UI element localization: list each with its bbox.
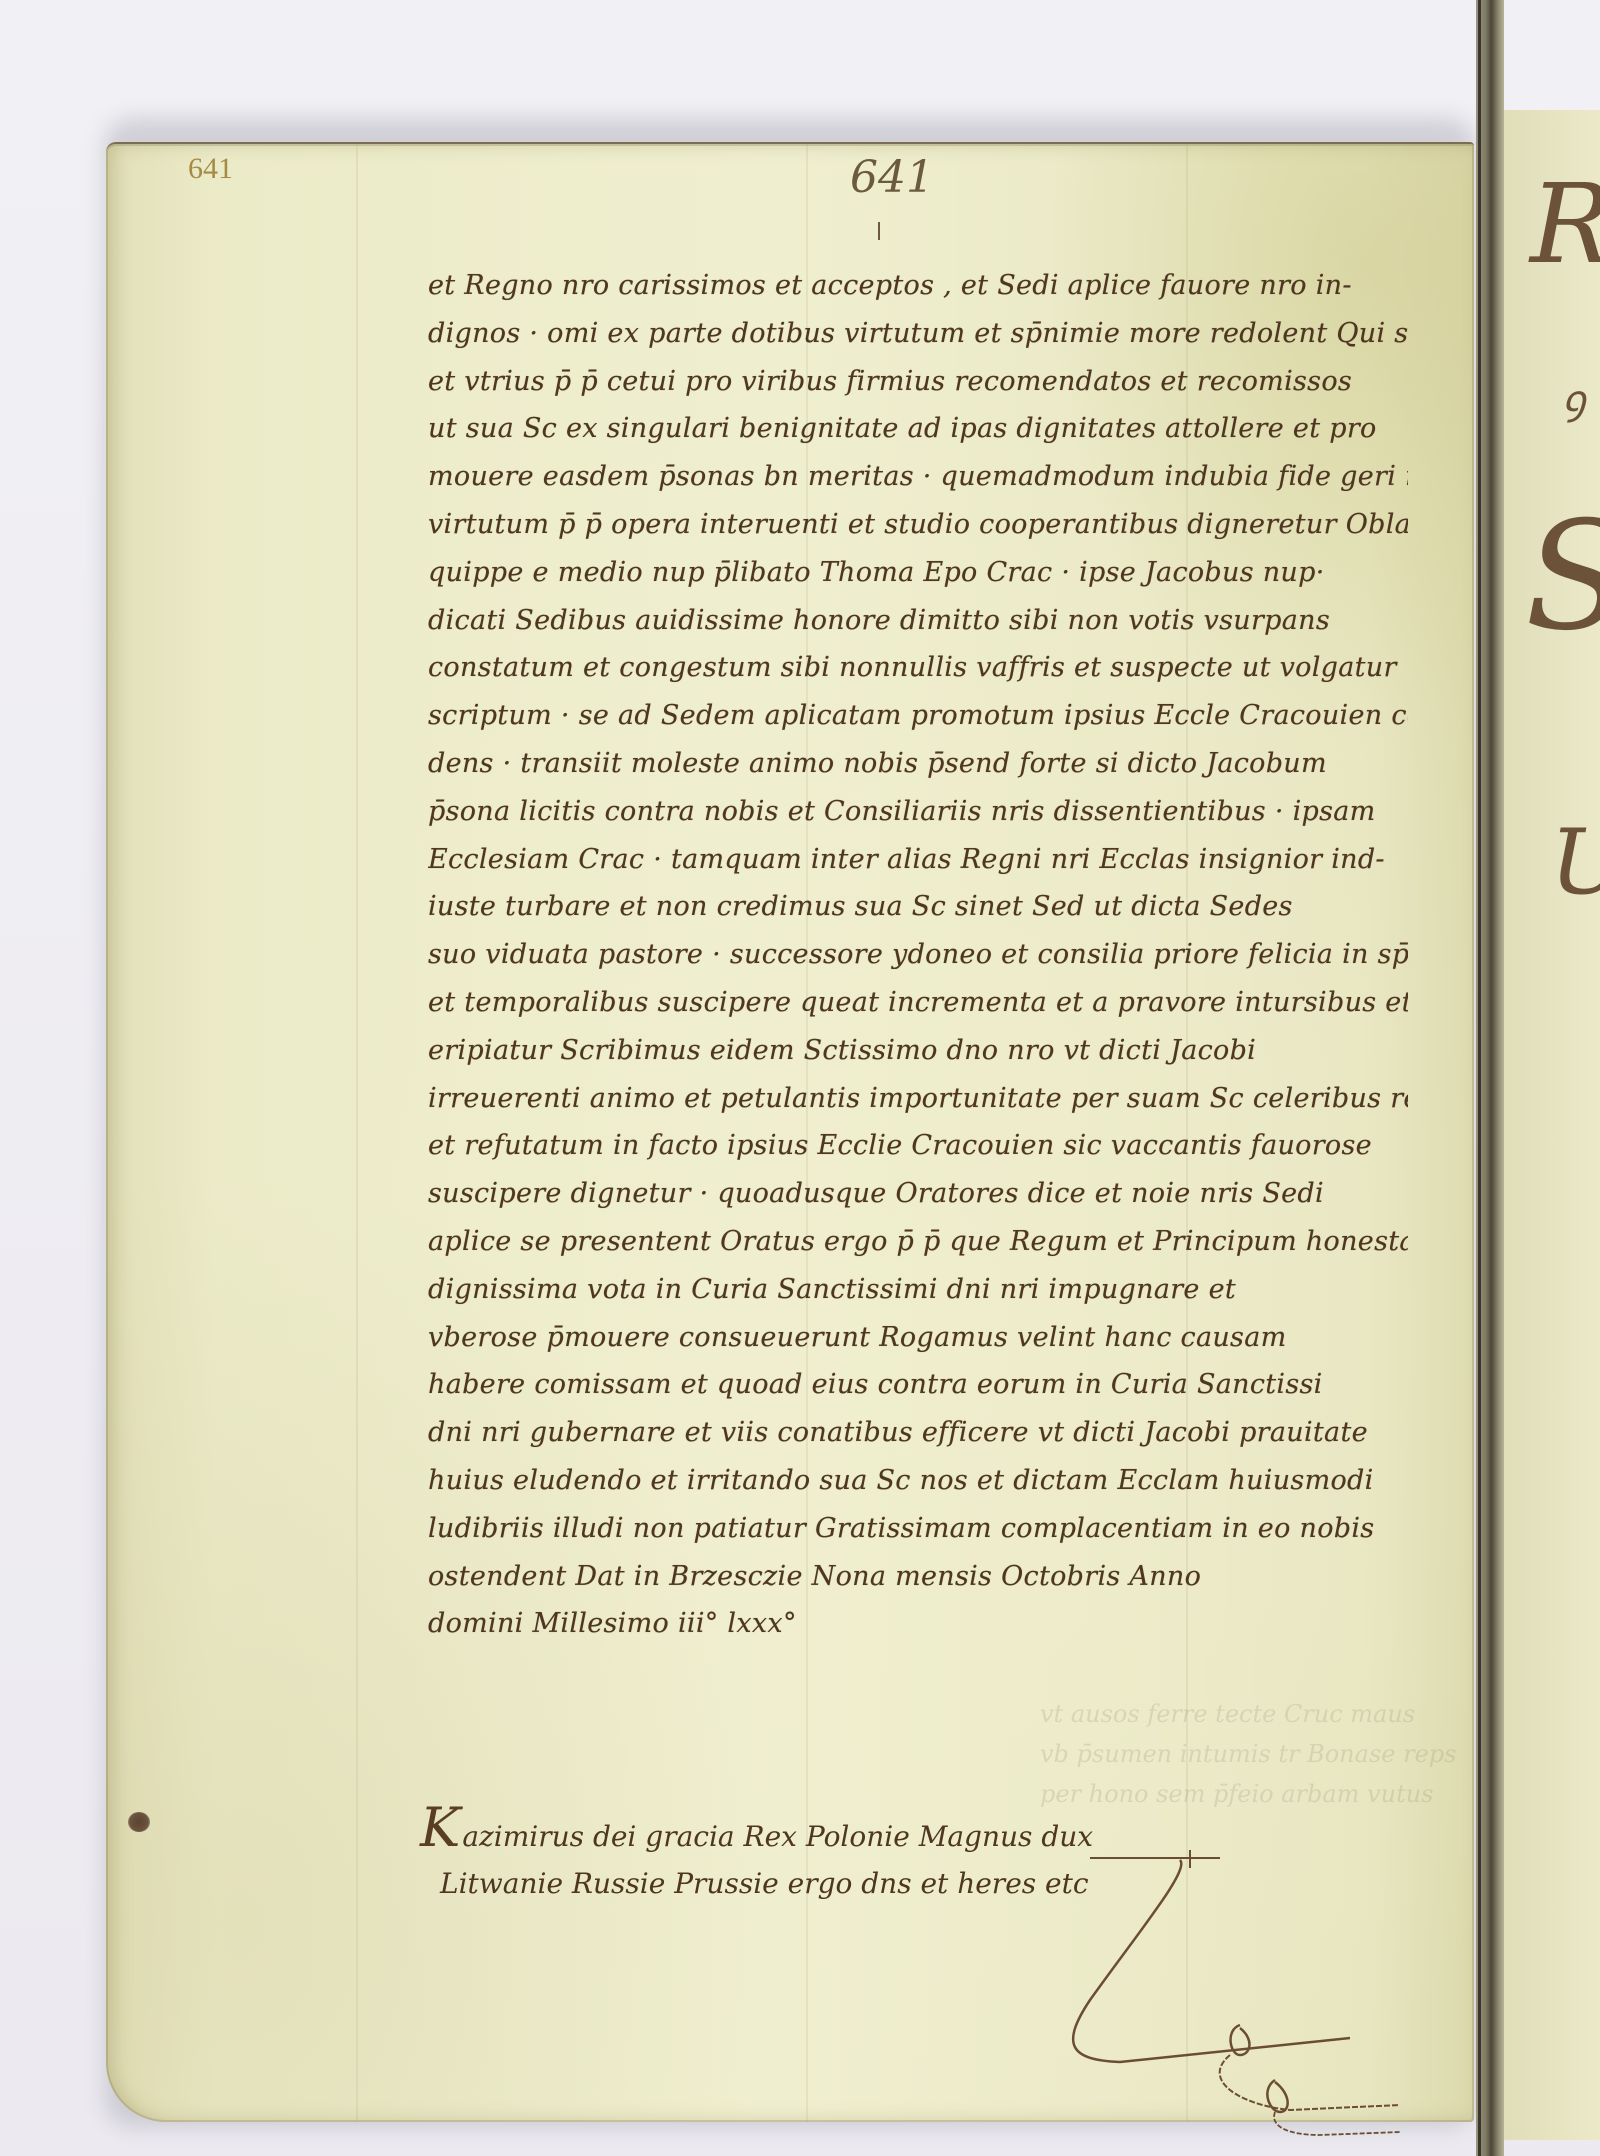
- text-line: irreuerenti animo et petulantis importun…: [428, 1075, 1408, 1123]
- signature-initial: K: [420, 1796, 460, 1859]
- facing-page: R ꝯ S U: [1500, 110, 1600, 2140]
- show-through-text: vt ausos ferre tecte Cruc maus: [1040, 1700, 1415, 1728]
- facing-page-initial: U: [1550, 810, 1600, 915]
- text-line: dignos · omi ex parte dotibus virtutum e…: [428, 310, 1408, 358]
- signature-text: azimirus dei gracia Rex Polonie Magnus d…: [462, 1820, 1093, 1853]
- letter-body: et Regno nro carissimos et acceptos , et…: [428, 262, 1408, 1648]
- text-line: et Regno nro carissimos et acceptos , et…: [428, 262, 1408, 310]
- fold-crease: [356, 144, 358, 2122]
- text-line: dni nri gubernare et viis conatibus effi…: [428, 1409, 1408, 1457]
- paraph-flourish-icon: [940, 1850, 1460, 2140]
- facing-page-glyph: ꝯ: [1562, 370, 1585, 425]
- text-line: dicati Sedibus auidissime honore dimitto…: [428, 597, 1408, 645]
- text-line: quippe e medio nup p̄libato Thoma Epo Cr…: [428, 549, 1408, 597]
- text-line: suo viduata pastore · successore ydoneo …: [428, 931, 1408, 979]
- text-line: constatum et congestum sibi nonnullis va…: [428, 644, 1408, 692]
- text-line: mouere easdem p̄sonas bn meritas · quema…: [428, 453, 1408, 501]
- folio-number: 641: [850, 152, 934, 203]
- text-line: vberose p̄mouere consueuerunt Rogamus ve…: [428, 1314, 1408, 1362]
- text-line: domini Millesimo iii° lxxx°: [428, 1600, 1408, 1648]
- folio-mark: [878, 222, 880, 240]
- signature-line-1: Kazimirus dei gracia Rex Polonie Magnus …: [420, 1800, 1320, 1856]
- text-line: dignissima vota in Curia Sanctissimi dni…: [428, 1266, 1408, 1314]
- text-line: virtutum p̄ p̄ opera interuenti et studi…: [428, 501, 1408, 549]
- show-through-text: vb p̄sumen intumis tr Bonase reps: [1040, 1740, 1456, 1768]
- facing-page-initial: R: [1530, 160, 1600, 288]
- text-line: ut sua Sc ex singulari benignitate ad ip…: [428, 405, 1408, 453]
- text-line: iuste turbare et non credimus sua Sc sin…: [428, 883, 1408, 931]
- binding-gutter-edge: [1478, 0, 1481, 2156]
- text-line: habere comissam et quoad eius contra eor…: [428, 1361, 1408, 1409]
- text-line: huius eludendo et irritando sua Sc nos e…: [428, 1457, 1408, 1505]
- text-line: et temporalibus suscipere queat incremen…: [428, 979, 1408, 1027]
- text-line: scriptum · se ad Sedem aplicatam promotu…: [428, 692, 1408, 740]
- text-line: et vtrius p̄ p̄ cetui pro viribus firmiu…: [428, 358, 1408, 406]
- pencil-foliation: 641: [188, 152, 233, 186]
- text-line: dens · transiit moleste animo nobis p̄se…: [428, 740, 1408, 788]
- facing-page-initial: S: [1525, 490, 1600, 664]
- text-line: eripiatur Scribimus eidem Sctissimo dno …: [428, 1027, 1408, 1075]
- text-line: p̄sona licitis contra nobis et Consiliar…: [428, 788, 1408, 836]
- text-line: Ecclesiam Crac · tamquam inter alias Reg…: [428, 836, 1408, 884]
- ink-blot: [128, 1812, 150, 1832]
- text-line: aplice se presentent Oratus ergo p̄ p̄ q…: [428, 1218, 1408, 1266]
- text-line: et refutatum in facto ipsius Ecclie Crac…: [428, 1122, 1408, 1170]
- text-line: ludibriis illudi non patiatur Gratissima…: [428, 1505, 1408, 1553]
- text-line: suscipere dignetur · quoadusque Oratores…: [428, 1170, 1408, 1218]
- text-line: ostendent Dat in Brzesczie Nona mensis O…: [428, 1553, 1408, 1601]
